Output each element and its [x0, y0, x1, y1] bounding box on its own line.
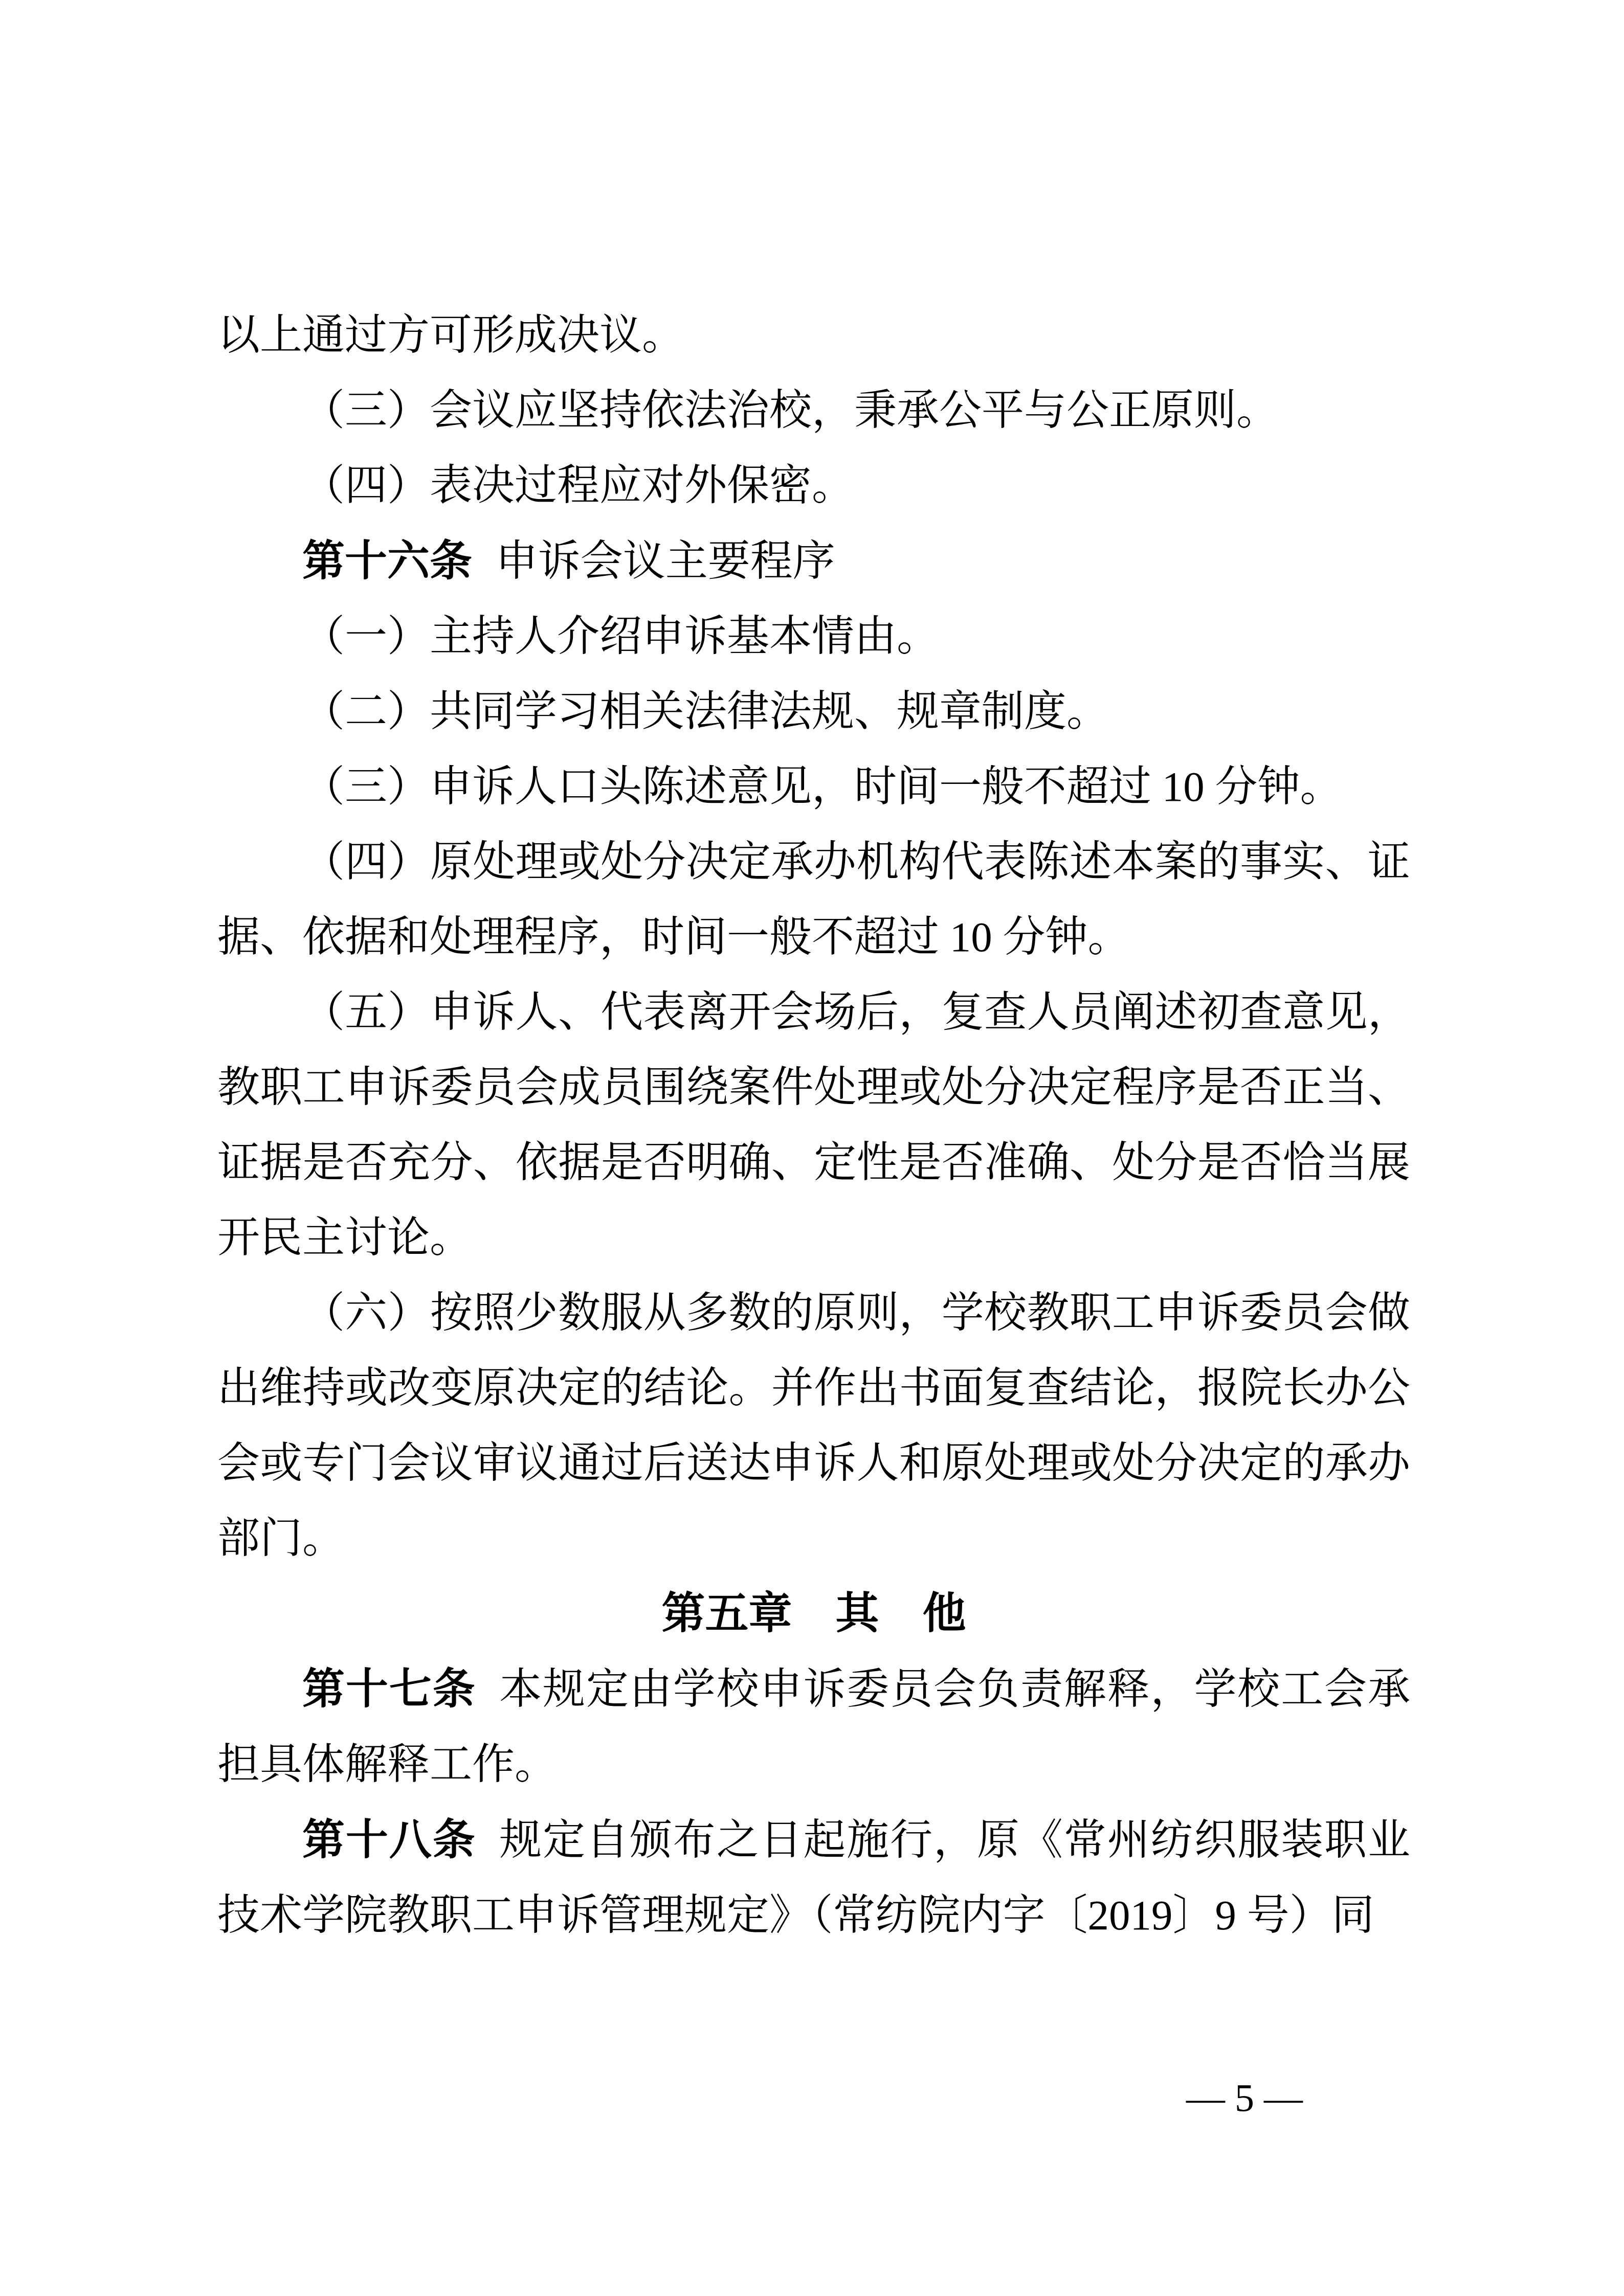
paragraph-text: 以上通过方可形成决议。	[217, 311, 684, 358]
paragraph-text: （一）主持人介绍申诉基本情由。	[302, 613, 939, 660]
document-page: 以上通过方可形成决议。 （三）会议应坚持依法治校，秉承公平与公正原则。 （四）表…	[0, 0, 1624, 2296]
paragraph-article-17: 第十七条本规定由学校申诉委员会负责解释，学校工会承担具体解释工作。	[217, 1651, 1410, 1802]
paragraph-text: （四）表决过程应对外保密。	[302, 462, 854, 509]
paragraph: （三）会议应坚持依法治校，秉承公平与公正原则。	[217, 373, 1410, 448]
paragraph: （二）共同学习相关法律法规、规章制度。	[217, 674, 1410, 749]
article-number: 第十七条	[302, 1665, 476, 1713]
paragraph: （五）申诉人、代表离开会场后，复查人员阐述初查意见，教职工申诉委员会成员围绕案件…	[217, 975, 1410, 1275]
paragraph-article-16: 第十六条申诉会议主要程序	[217, 523, 1410, 599]
paragraph: （四）原处理或处分决定承办机构代表陈述本案的事实、证据、依据和处理程序，时间一般…	[217, 824, 1410, 975]
paragraph-text: 申诉会议主要程序	[496, 537, 835, 584]
paragraph-text: （三）会议应坚持依法治校，秉承公平与公正原则。	[302, 387, 1279, 434]
article-number: 第十六条	[302, 537, 472, 584]
paragraph: （三）申诉人口头陈述意见，时间一般不超过 10 分钟。	[217, 749, 1410, 824]
paragraph-text: （二）共同学习相关法律法规、规章制度。	[302, 688, 1109, 735]
paragraph-text: （四）原处理或处分决定承办机构代表陈述本案的事实、证据、依据和处理程序，时间一般…	[217, 838, 1410, 960]
paragraph-text: （三）申诉人口头陈述意见，时间一般不超过 10 分钟。	[302, 763, 1343, 810]
paragraph: 以上通过方可形成决议。	[217, 298, 1410, 373]
paragraph-article-18: 第十八条规定自颁布之日起施行，原《常州纺织服装职业技术学院教职工申诉管理规定》（…	[217, 1802, 1410, 1953]
document-body: 以上通过方可形成决议。 （三）会议应坚持依法治校，秉承公平与公正原则。 （四）表…	[217, 298, 1410, 1953]
page-number: — 5 —	[1186, 2077, 1303, 2120]
page-footer: — 5 —	[1186, 2070, 1303, 2126]
paragraph: （六）按照少数服从多数的原则，学校教职工申诉委员会做出维持或改变原决定的结论。并…	[217, 1275, 1410, 1576]
paragraph: （一）主持人介绍申诉基本情由。	[217, 599, 1410, 674]
paragraph-text: （五）申诉人、代表离开会场后，复查人员阐述初查意见，教职工申诉委员会成员围绕案件…	[217, 988, 1410, 1261]
paragraph: （四）表决过程应对外保密。	[217, 448, 1410, 523]
article-number: 第十八条	[302, 1816, 476, 1863]
paragraph-text: （六）按照少数服从多数的原则，学校教职工申诉委员会做出维持或改变原决定的结论。并…	[217, 1289, 1410, 1562]
chapter-heading: 第五章 其 他	[217, 1576, 1410, 1651]
